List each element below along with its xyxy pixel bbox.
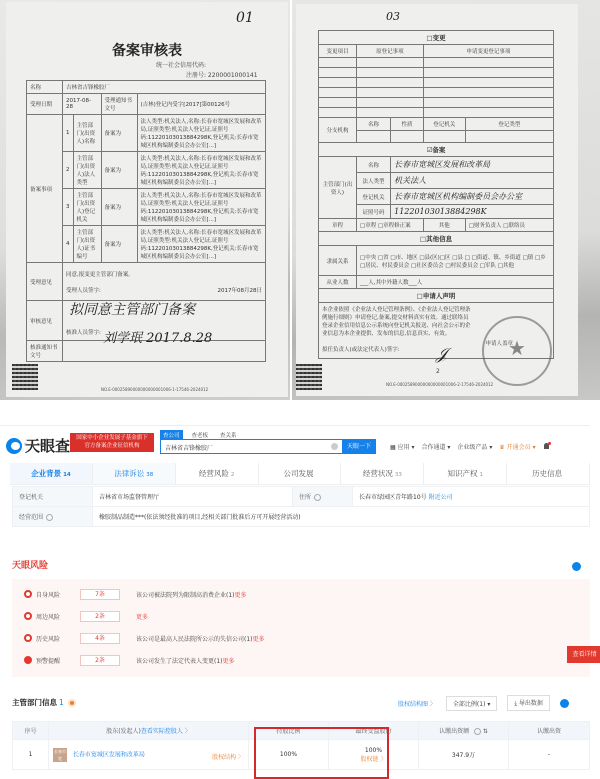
branch-header: 性质 <box>391 118 424 131</box>
tianyancha-small-logo-icon <box>560 699 569 708</box>
hot-icon <box>68 699 76 707</box>
red-highlight-box <box>254 727 389 779</box>
owner-row-value: 机关法人 <box>391 173 554 189</box>
section-count: 1 <box>59 698 64 707</box>
nav-enterprise[interactable]: 企业级产品 ▾ <box>457 442 492 451</box>
section-tabs: 企业背景14 法律诉讼38 经营风险2 公司发展 经营状况33 知识产权1 历史… <box>10 463 590 485</box>
change-header: 变更项目 <box>319 45 357 58</box>
reg-no: 注册号: 2200001000141 <box>186 70 258 79</box>
shareholder-name-link[interactable]: 长春市宽城区发展和改革局 <box>73 751 145 758</box>
staff-label: 从业人数 <box>319 276 357 289</box>
view-details-button[interactable]: 查看详情 <box>567 646 600 663</box>
banner-line-1: 国家中小企业发展子基金旗下 <box>73 434 151 442</box>
section-title-text: 主管部门信息 <box>12 698 57 707</box>
qr-code <box>12 364 38 390</box>
branch-label: 分支机构 <box>319 118 357 143</box>
date-label: 受理日期 <box>27 94 63 115</box>
opinion-text: 同意,报变更主管部门备案。 <box>66 270 262 278</box>
opinion-label: 受理意见 <box>27 263 63 301</box>
risk-row-history: 历史风险 4条 该公司是最高人民法院所公示的失信公司(1)更多 <box>24 631 265 645</box>
item-no: 2 <box>63 152 74 189</box>
item-field: 主管部门(出资人)名称 <box>73 115 101 152</box>
shareholder-cell: 长春市宽 长春市宽城区发展和改革局 股权结构 〉 <box>49 740 249 770</box>
tab-label: 企业背景 <box>31 469 61 478</box>
risk-name: 历史风险 <box>36 634 80 643</box>
ratio-filter-select[interactable]: 全部比例(1) ▾ <box>446 696 497 711</box>
owner-row-label: 证照号码 <box>357 205 391 219</box>
record-title: ☑备案 <box>319 143 554 157</box>
col-header: 股东(发起人)查看实际控股人 〉 <box>49 722 249 740</box>
nav-apps[interactable]: ▦ 应用 ▾ <box>390 442 415 451</box>
risk-name: 自身风险 <box>36 590 80 599</box>
nav-partner[interactable]: 合作通道 ▾ <box>422 442 451 451</box>
page-mark: 03 <box>386 10 400 23</box>
doc-title: 备案审核表 <box>6 40 288 60</box>
authority-value: 吉林省市场监督管理厅 <box>93 487 293 507</box>
name-label: 名称 <box>27 81 63 94</box>
subscribed-amount: 347.9万 <box>419 740 509 770</box>
approval-notice-label: 核准通知书文号 <box>27 341 63 362</box>
search-button[interactable]: 天眼一下 <box>342 439 376 454</box>
col-header-text: 认缴出资额 <box>439 728 469 735</box>
address-label-text: 住所 <box>299 494 311 501</box>
search-value: 吉林省吉锋橡胶厂 <box>165 445 213 452</box>
item-content: 法人类型:机关法人,名称:长春市宽城区发展和改革局,证照类型:机关法人登记证,证… <box>137 226 266 263</box>
owner-row-label: 法人类型 <box>357 173 391 189</box>
name-value: 吉林省吉锋橡胶厂 <box>63 81 266 94</box>
staff-text: ___人,其中外籍人数___人 <box>357 276 554 289</box>
row-no: 1 <box>13 740 49 770</box>
risk-count[interactable]: 7条 <box>80 589 120 600</box>
help-icon[interactable] <box>46 514 53 521</box>
nearby-company-link[interactable]: 附近公司 <box>429 494 453 501</box>
review-handwriting: 拟同意主管部门备案 <box>69 299 195 319</box>
help-icon[interactable] <box>474 728 481 735</box>
chapter-label: 章程 <box>319 219 357 232</box>
address-label: 住所 <box>293 487 353 507</box>
target-icon <box>24 590 32 598</box>
change-form: □变更 变更项目 原登记事项 申请变更登记事项 分支机构 名称 性质 登记机关 … <box>318 30 554 359</box>
tab-count: 2 <box>231 472 235 478</box>
official-stamp <box>482 316 552 386</box>
footer-code: NO.E-00025890000000000001006-1-17546-202… <box>101 387 208 392</box>
address-cell: 长春市绿园区青年路10号 附近公司 <box>353 487 590 507</box>
tab-label: 知识产权 <box>447 469 477 478</box>
avatar: 长春市宽 <box>53 748 67 762</box>
risk-desc: 该公司是最高人民法院所公示的失信公司(1) <box>136 636 253 643</box>
equity-structure-row-link[interactable]: 股权结构 〉 <box>212 752 244 761</box>
address-value: 长春市绿园区青年路10号 <box>359 494 427 501</box>
tab-count: 33 <box>395 472 402 478</box>
review-label: 审核意见 <box>27 301 63 341</box>
record-review-form: 名称 吉林省吉锋橡胶厂 受理日期 2017-08-28 受理通知书文号 (吉林)… <box>26 80 266 362</box>
authority-label: 登记机关 <box>13 487 93 507</box>
tianyancha-page: 天眼查 TianYanCha.com 国家中小企业发展子基金旗下 官方备案企业征… <box>0 425 600 779</box>
matter-label: 备案事项 <box>27 115 63 263</box>
more-link[interactable]: 更多 <box>136 614 148 621</box>
clock-icon <box>24 634 32 642</box>
branch-header: 登记类型 <box>465 118 553 131</box>
tab-count: 14 <box>63 472 71 478</box>
risk-name: 周边风险 <box>36 612 80 621</box>
export-label: 导出数据 <box>519 700 543 707</box>
help-icon[interactable] <box>314 494 321 501</box>
owner-row-value: 长春市宽城区机构编制委员会办公室 <box>391 189 554 205</box>
item-field: 主管部门(出资人)法人类型 <box>73 152 101 189</box>
tianyancha-small-logo-icon <box>572 562 581 571</box>
document-photo-1: 01 备案审核表 统一社会信用代码: 注册号: 2200001000141 名称… <box>0 0 290 400</box>
affiliation-text: □中央 □省 □市、地区 □县(区)□区 □县 □ □街道、镇、乡街道 □镇 □… <box>357 246 554 276</box>
col-header[interactable]: 认缴出资额 ⇅ <box>419 722 509 740</box>
col-header: 认缴出资 <box>509 722 590 740</box>
risk-row-self: 自身风险 7条 该公司被法院列为限制高消费企业(1)更多 <box>24 587 247 601</box>
tab-count: 1 <box>479 472 483 478</box>
risk-count[interactable]: 2条 <box>80 611 120 622</box>
change-title: □变更 <box>319 31 554 45</box>
target-icon <box>24 612 32 620</box>
bell-icon[interactable] <box>543 442 551 451</box>
logo-subtext: TianYanCha.com <box>24 443 53 447</box>
company-info-table: 登记机关 吉林省市场监督管理厅 住所 长春市绿园区青年路10号 附近公司 经营范… <box>12 486 590 527</box>
branch-header: 登记机关 <box>423 118 465 131</box>
more-link[interactable]: 更多 <box>223 658 235 665</box>
tab-background[interactable]: 企业背景14 <box>10 463 93 484</box>
search-input[interactable]: 吉林省吉锋橡胶厂 <box>160 439 343 454</box>
item-content: 法人类型:机关法人,名称:长春市宽城区发展和改革局,证照类型:机关法人登记证,证… <box>137 115 266 152</box>
footer-code: NO.E-00025890000000000001006-2-17546-202… <box>386 382 493 387</box>
download-icon: ⤓ <box>514 700 517 707</box>
scope-value: 橡胶制品制造***(依法须经批准的项目,经相关部门批准后方可开展经营活动) <box>93 507 590 527</box>
official-banner[interactable]: 国家中小企业发展子基金旗下 官方备案企业征信机构 <box>70 433 154 452</box>
change-header: 原登记事项 <box>357 45 424 58</box>
approver-handwriting: 刘学珉 2017.8.28 <box>103 327 212 346</box>
signature: 𝒥 <box>436 344 447 364</box>
other-info-title: □其他信息 <box>319 232 554 246</box>
qr-code <box>296 364 322 390</box>
scope-label-text: 经营范围 <box>19 514 43 521</box>
col-header-text: 股东(发起人) <box>106 728 141 735</box>
export-button[interactable]: ⤓ 导出数据 <box>507 695 550 711</box>
tab-history[interactable]: 历史信息 <box>507 463 590 484</box>
subscribed-date: - <box>509 740 590 770</box>
item-action: 备案为 <box>101 226 137 263</box>
risk-desc: 该公司发生了法定代表人变更(1) <box>136 658 223 665</box>
tab-label: 经营风险 <box>199 469 229 478</box>
declaration-text: 本企业依照《企业法人登记管理条例》、《企业法人登记管理条例施行细则》申请登记,备… <box>322 305 472 337</box>
nav-vip[interactable]: ♛ 开通会员 ▾ <box>499 442 535 451</box>
item-no: 3 <box>63 189 74 226</box>
more-link[interactable]: 更多 <box>235 592 247 599</box>
equity-structure-link[interactable]: 股权结构图 〉 <box>398 699 436 708</box>
item-field: 主管部门(出资人)登记机关 <box>73 189 101 226</box>
affiliation-label: 隶属关系 <box>319 246 357 276</box>
item-action: 备案为 <box>101 189 137 226</box>
clear-icon[interactable] <box>331 443 338 450</box>
tab-development[interactable]: 公司发展 <box>259 463 342 484</box>
receiver-label: 受理人员签字: <box>66 286 101 294</box>
chapter-options: □章程 □章程修正案 <box>357 219 424 232</box>
receiver-date: 2017年08月28日 <box>218 286 263 294</box>
document-photo-2: 03 □变更 变更项目 原登记事项 申请变更登记事项 分支机构 名称 性质 登记… <box>292 0 600 400</box>
item-no: 1 <box>63 115 74 152</box>
tab-count: 38 <box>146 472 153 478</box>
declaration-title: □申请人声明 <box>319 289 554 303</box>
risk-desc: 该公司被法院列为限制高消费企业(1) <box>136 592 235 599</box>
more-link[interactable]: 更多 <box>253 636 265 643</box>
risk-title: 天眼风险 <box>12 558 48 571</box>
alert-icon <box>24 656 32 664</box>
risk-row-warning: 预警提醒 2条 该公司发生了法定代表人变更(1)更多 <box>24 653 235 667</box>
owner-row-label: 名称 <box>357 157 391 173</box>
tab-operating-risk[interactable]: 经营风险2 <box>176 463 259 484</box>
other-options: □财务负责人 □联络员 <box>465 219 553 232</box>
branch-header: 名称 <box>357 118 391 131</box>
risk-row-surrounding: 周边风险 2条 更多 <box>24 609 148 623</box>
owner-label: 主管部门(出资人) <box>319 157 357 219</box>
shareholder-tools: 股权结构图 〉 全部比例(1) ▾ ⤓ 导出数据 <box>398 695 569 711</box>
col-header: 序号 <box>13 722 49 740</box>
item-no: 4 <box>63 226 74 263</box>
top-bar: 天眼查 TianYanCha.com 国家中小企业发展子基金旗下 官方备案企业征… <box>0 425 590 459</box>
owner-row-label: 登记机关 <box>357 189 391 205</box>
risk-name: 预警提醒 <box>36 656 80 665</box>
owner-row-value: 长春市宽城区发展和改革局 <box>391 157 554 173</box>
owner-row-value: 11220103013884298K <box>391 205 554 219</box>
actual-controller-link[interactable]: 查看实际控股人 〉 <box>141 728 191 735</box>
page-no: 2 <box>436 368 440 375</box>
top-nav: ▦ 应用 ▾ 合作通道 ▾ 企业级产品 ▾ ♛ 开通会员 ▾ <box>390 442 551 451</box>
tab-label: 历史信息 <box>532 469 562 478</box>
item-content: 法人类型:机关法人,名称:长春市宽城区发展和改革局,证照类型:机关法人登记证,证… <box>137 189 266 226</box>
logo-icon <box>6 438 22 454</box>
item-action: 备案为 <box>101 115 137 152</box>
tab-label: 公司发展 <box>284 469 314 478</box>
page-mark: 01 <box>236 10 254 26</box>
tab-ip[interactable]: 知识产权1 <box>424 463 507 484</box>
risk-count[interactable]: 2条 <box>80 655 120 666</box>
shareholder-section-title: 主管部门信息1 <box>12 697 76 708</box>
tab-operating-status[interactable]: 经营状况33 <box>341 463 424 484</box>
crown-icon: ♛ <box>499 444 504 451</box>
nav-vip-label: 开通会员 ▾ <box>507 444 536 451</box>
change-header: 申请变更登记事项 <box>423 45 553 58</box>
date-value: 2017-08-28 <box>63 94 102 115</box>
paper-sheet: 03 □变更 变更项目 原登记事项 申请变更登记事项 分支机构 名称 性质 登记… <box>296 4 578 396</box>
risk-count[interactable]: 4条 <box>80 633 120 644</box>
notice-label: 受理通知书文号 <box>101 94 137 115</box>
item-action: 备案为 <box>101 152 137 189</box>
tab-label: 经营状况 <box>363 469 393 478</box>
notice-value: (吉林)登记内受字[2017]第00126号 <box>137 94 266 115</box>
paper-sheet: 01 备案审核表 统一社会信用代码: 注册号: 2200001000141 名称… <box>6 2 288 397</box>
nav-apps-label: 应用 ▾ <box>398 444 415 451</box>
item-content: 法人类型:机关法人,名称:长春市宽城区发展和改革局,证照类型:机关法人登记证,证… <box>137 152 266 189</box>
scope-label: 经营范围 <box>13 507 93 527</box>
tab-legal[interactable]: 法律诉讼38 <box>93 463 176 484</box>
credit-code-label: 统一社会信用代码: <box>156 60 206 69</box>
banner-line-2: 官方备案企业征信机构 <box>73 442 151 450</box>
tab-label: 法律诉讼 <box>114 469 144 478</box>
item-field: 主管部门(出资人)证书编号 <box>73 226 101 263</box>
other-label: 其他 <box>423 219 465 232</box>
risk-panel: 自身风险 7条 该公司被法院列为限制高消费企业(1)更多 周边风险 2条 更多 … <box>12 579 590 677</box>
